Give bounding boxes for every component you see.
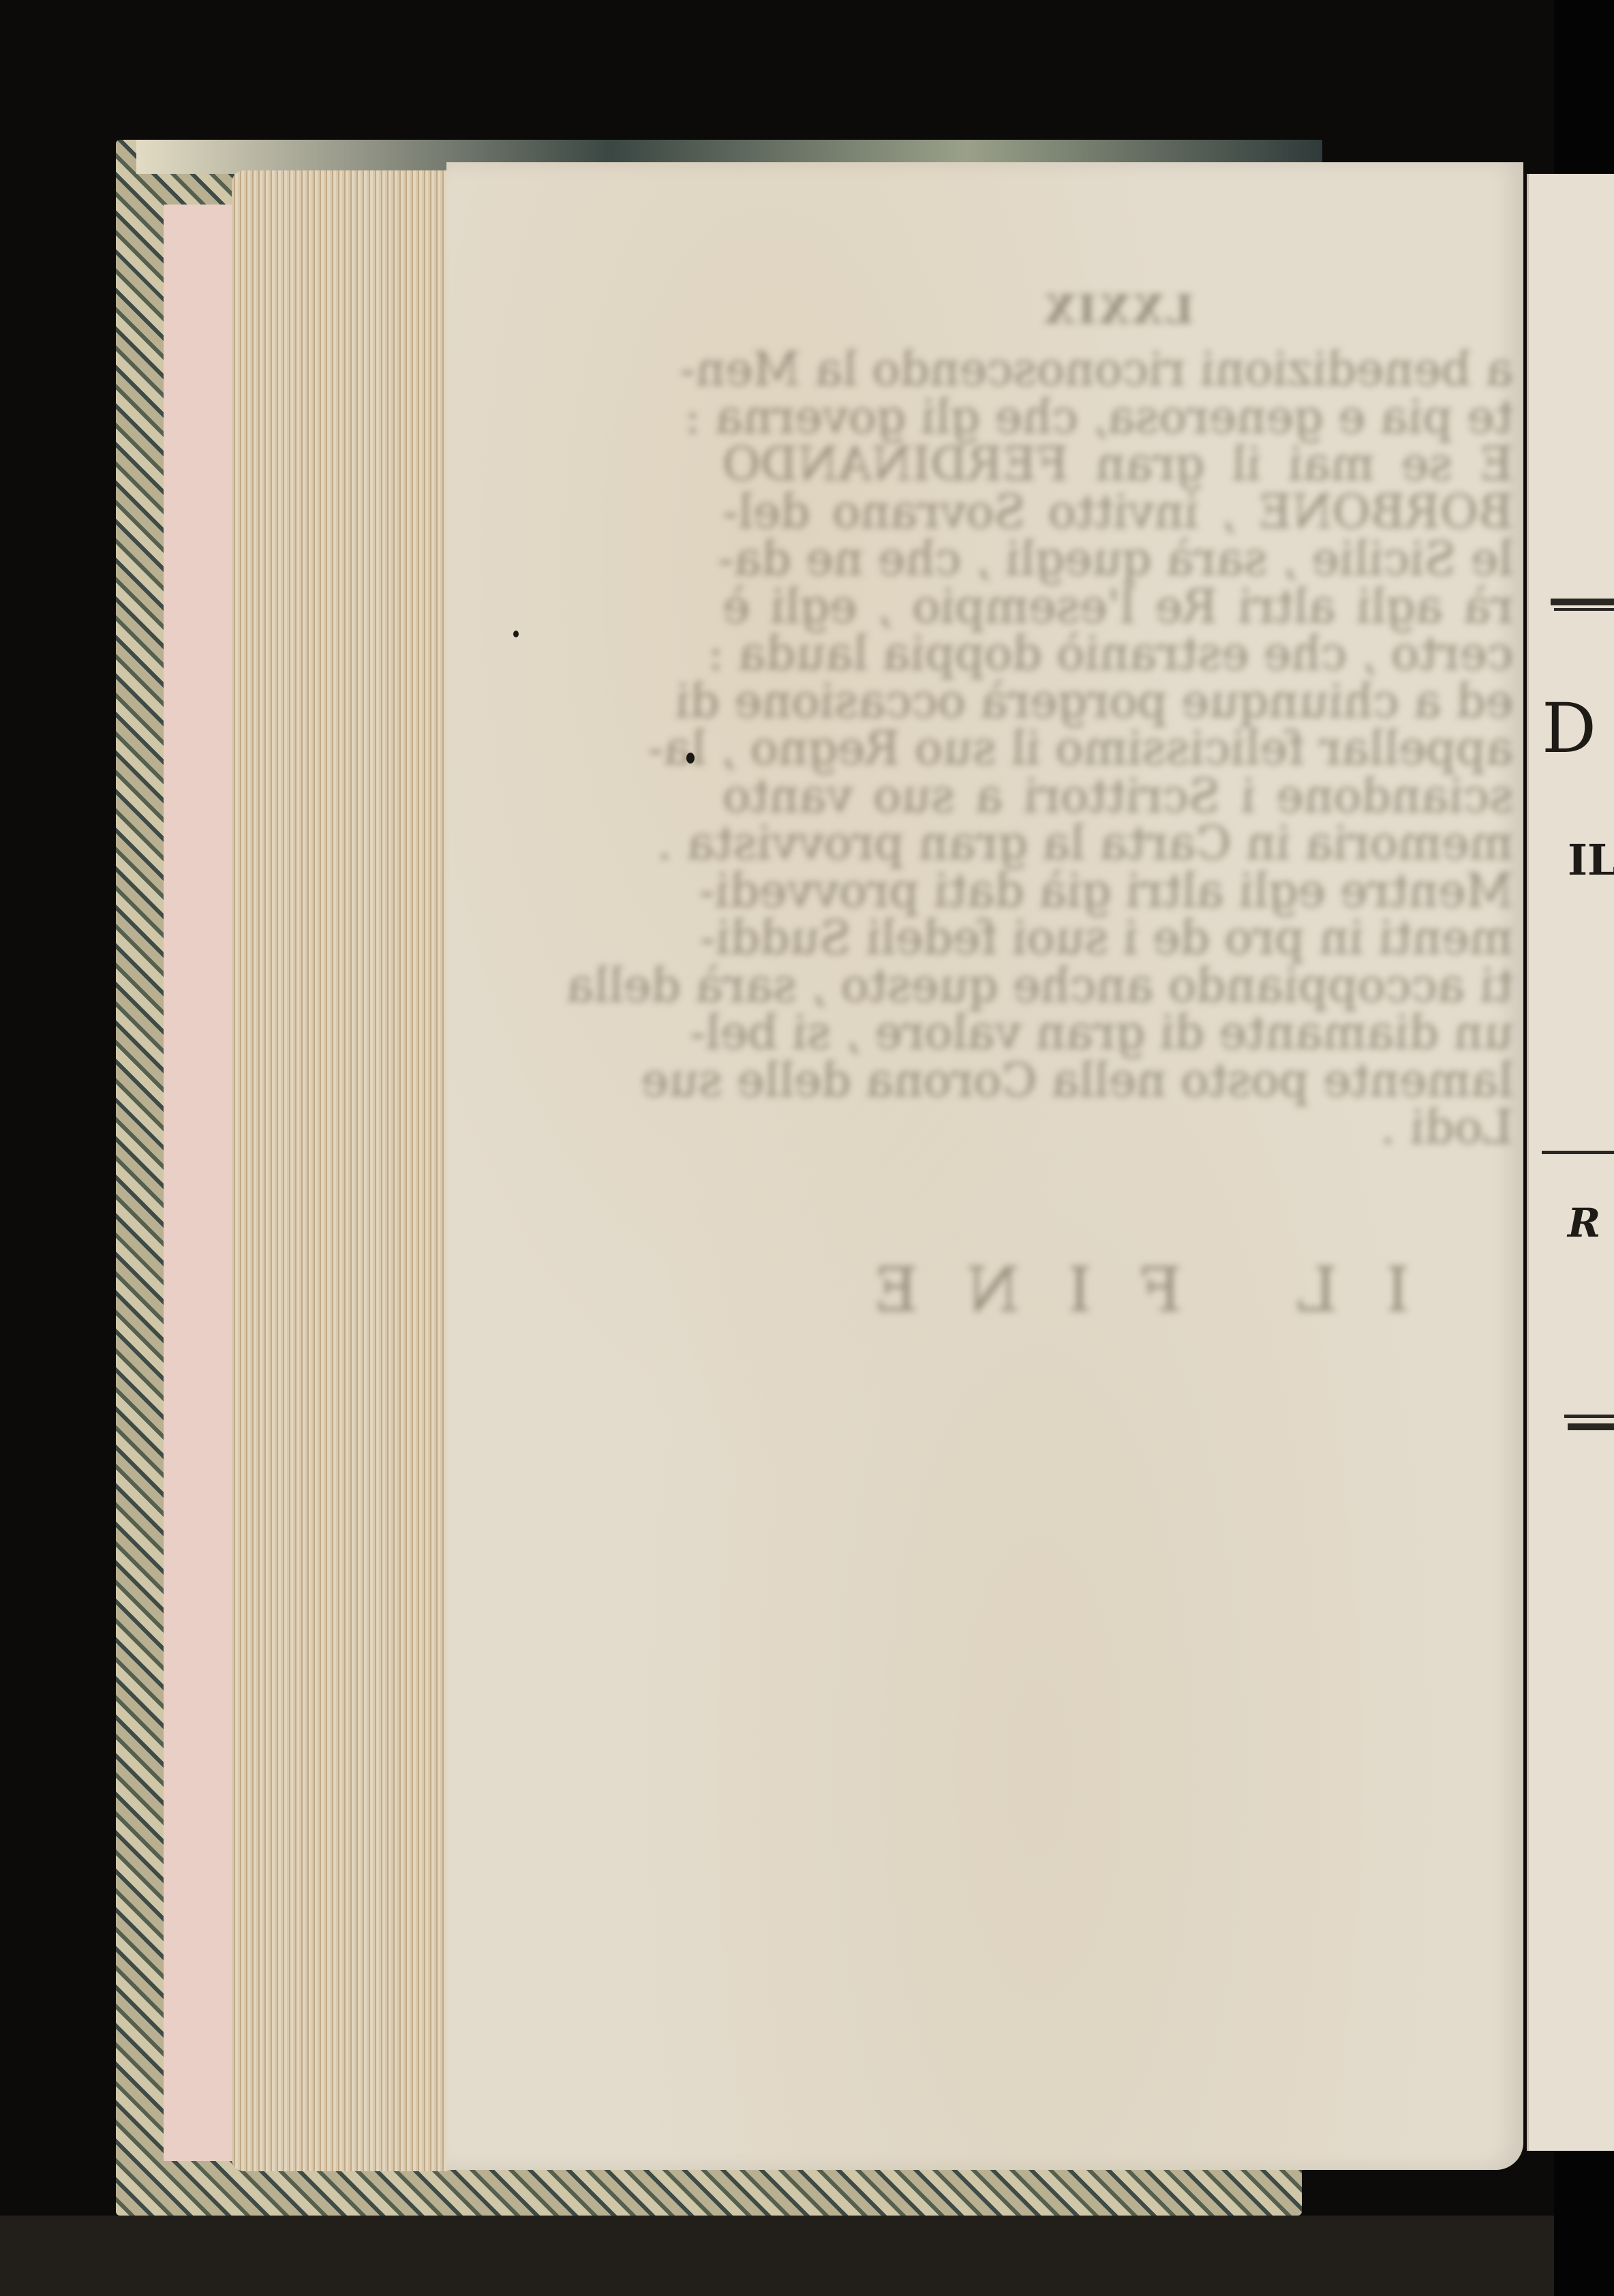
text-line: le Sicilie , sarà quegli , che ne da- <box>722 536 1513 584</box>
text-line: sciandone i Scrittori a suo vanto <box>722 773 1513 821</box>
double-rule <box>1554 608 1614 611</box>
text-line: Mentre egli altri già dati provvedi- <box>722 868 1513 916</box>
running-head: LXXIX <box>722 286 1513 333</box>
text-line: E se mai il gran FERDINANDO <box>722 441 1513 489</box>
facing-italic-fragment: R <box>1568 1200 1600 1246</box>
show-through-text: LXXIX a benedizioni riconoscendo la Men-… <box>722 286 1513 1326</box>
double-rule <box>1568 1423 1614 1430</box>
text-line: Lodi . <box>722 1104 1513 1152</box>
text-line: memoria in Carta la gran provvista . <box>722 820 1513 868</box>
text-line: a benedizioni riconoscendo la Men- <box>722 346 1513 394</box>
text-line: ed a chiunque porgerà occasione di <box>722 678 1513 726</box>
facing-line-fragment: IL <box>1568 835 1614 885</box>
ink-spot <box>513 631 519 637</box>
text-line: menti in pro de i suoi fedeli Suddi- <box>722 915 1513 963</box>
double-rule <box>1564 1415 1614 1418</box>
text-line: appellar felicissimo il suo Regno , la- <box>722 725 1513 773</box>
closing-text: IL FINE <box>722 1254 1513 1326</box>
text-line: lamente posto nella Corona delle sue <box>722 1057 1513 1105</box>
background-surface <box>0 2216 1614 2296</box>
facing-initial: D <box>1542 689 1596 768</box>
text-line: certo , che estraniò doppia lauda : <box>722 631 1513 678</box>
text-line: ti accoppiando anche questo , sarà della <box>722 963 1513 1010</box>
text-line: un diamante di gran valore , si bel- <box>722 1010 1513 1057</box>
single-rule <box>1542 1151 1614 1154</box>
text-line: te pia e generosa, che gli governa : <box>722 394 1513 442</box>
double-rule <box>1551 599 1614 605</box>
page-block-edges <box>232 170 450 2171</box>
text-line: BORBONE , invitto Sovrano del- <box>722 489 1513 537</box>
facing-page <box>1527 174 1614 2151</box>
text-line: rà agli altri Re l'esempio , egli è <box>722 584 1513 631</box>
ink-spot <box>686 753 695 764</box>
